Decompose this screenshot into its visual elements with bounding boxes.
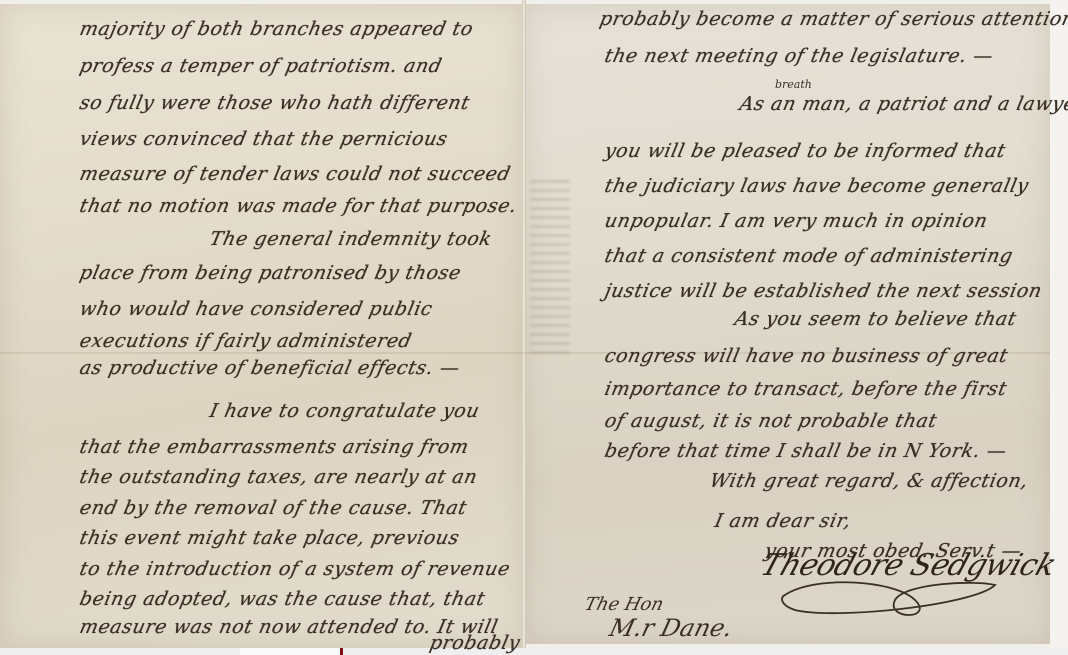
right_page-line: you will be pleased to be informed that <box>603 140 1008 162</box>
addressee-title: The Hon <box>582 594 665 615</box>
right_page-line: before that time I shall be in N York. — <box>603 440 1009 462</box>
scanned-letter-spread: majority of both branches appeared topro… <box>0 0 1068 655</box>
left_page-line: to the introduction of a system of reven… <box>78 558 513 580</box>
left_page-line: this event might take place, previous <box>78 527 462 549</box>
left_page-line: who would have considered public <box>78 298 435 320</box>
left_page-line: measure of tender laws could not succeed <box>78 163 513 185</box>
right_page-line: importance to transact, before the first <box>603 378 1009 400</box>
left_page-line: as productive of beneficial effects. — <box>78 357 462 379</box>
right_page-line: As an man, a patriot and a lawyer <box>738 93 1068 115</box>
left_page-line: the outstanding taxes, are nearly at an <box>78 466 480 488</box>
right_page-line: congress will have no business of great <box>603 345 1010 367</box>
right_page-line: As you seem to believe that <box>733 308 1019 330</box>
left_page-line: executions if fairly administered <box>78 330 414 352</box>
left_page-line: views convinced that the pernicious <box>78 128 450 150</box>
left_page-line: majority of both branches appeared to <box>78 18 476 40</box>
center-fold <box>522 0 526 655</box>
right_page-line: With great regard, & affection, <box>708 470 1031 492</box>
left_page-line: that no motion was made for that purpose… <box>78 195 520 217</box>
left_page-line: so fully were those who hath different <box>78 92 472 114</box>
left_page-line: The general indemnity took <box>208 228 494 250</box>
right_page-line: of august, it is not probable that <box>603 410 940 432</box>
left_page-line: end by the removal of the cause. That <box>78 497 469 519</box>
ink-bleed-through <box>530 180 570 360</box>
left_page-line: profess a temper of patriotism. and <box>78 55 444 77</box>
right_page-line: I am dear sir, <box>713 510 854 532</box>
right_page-line: the judiciary laws have become generally <box>603 175 1031 197</box>
signature-flourish-icon <box>775 575 1005 620</box>
interlinear-insertion: breath <box>775 78 812 91</box>
right_page-line: justice will be established the next ses… <box>603 280 1045 302</box>
left_page-line: that the embarrassments arising from <box>78 436 471 458</box>
addressee-name: M.r Dane. <box>607 614 736 642</box>
right_page-line: the next meeting of the legislature. — <box>603 45 996 67</box>
right_page-line: probably become a matter of serious atte… <box>598 8 1068 30</box>
left_page-line: I have to congratulate you <box>208 400 482 422</box>
right_page-line: unpopular. I am very much in opinion <box>603 210 990 232</box>
left_page-line: being adopted, was the cause that, that <box>78 588 488 610</box>
right_page-line: that a consistent mode of administering <box>603 245 1016 267</box>
left_page-line: probably <box>428 632 523 654</box>
left_page-line: place from being patronised by those <box>78 262 464 284</box>
scan-bottom-edge <box>0 648 1068 655</box>
